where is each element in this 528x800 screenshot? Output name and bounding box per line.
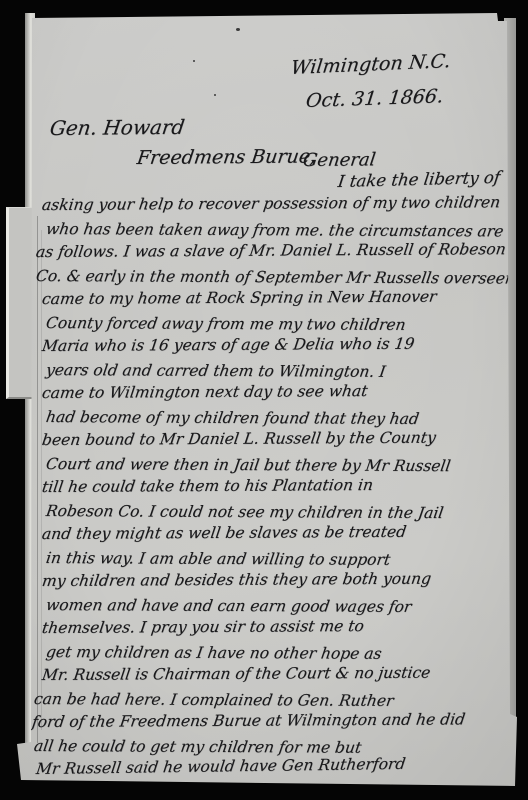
organization-line: Freedmens Burue, <box>136 145 318 169</box>
letter-line: Mr. Russell is Chairman of the Court & n… <box>40 661 520 687</box>
letter-line: Maria who is 16 years of age & Delia who… <box>40 332 520 358</box>
letter-body: asking your help to recover possession o… <box>42 194 518 782</box>
salutation-line: General <box>302 149 377 171</box>
letter-line: as follows. I was a slave of Mr. Daniel … <box>34 238 520 264</box>
letter-line: been bound to Mr Daniel L. Russell by th… <box>40 426 520 452</box>
date-line: Oct. 31. 1866. <box>305 85 445 112</box>
letter-line: and they might as well be slaves as be t… <box>40 520 520 546</box>
paper-speck <box>236 28 240 31</box>
letter-line: ford of the Freedmens Burue at Wilmingto… <box>30 708 520 734</box>
letter-line: my children and besides this they are bo… <box>40 567 520 593</box>
letter-line: came to Wilmington next day to see what <box>40 379 520 405</box>
letter-line: came to my home at Rock Spring in New Ha… <box>40 285 520 311</box>
letter-paper: Wilmington N.C. Oct. 31. 1866. Gen. Howa… <box>0 0 528 800</box>
under-sheet-tab <box>6 207 34 399</box>
opening-phrase: I take the liberty of <box>337 168 502 191</box>
place-line: Wilmington N.C. <box>290 50 452 79</box>
paper-fold-line <box>37 216 38 743</box>
scanned-letter-page: Wilmington N.C. Oct. 31. 1866. Gen. Howa… <box>0 0 528 800</box>
letter-line: themselves. I pray you sir to assist me … <box>40 614 520 640</box>
paper-speck <box>214 94 216 96</box>
letter-line: till he could take them to his Plantatio… <box>40 473 520 499</box>
paper-speck <box>193 60 195 62</box>
addressee-line: Gen. Howard <box>48 115 186 140</box>
letter-line: asking your help to recover possession o… <box>40 191 520 217</box>
